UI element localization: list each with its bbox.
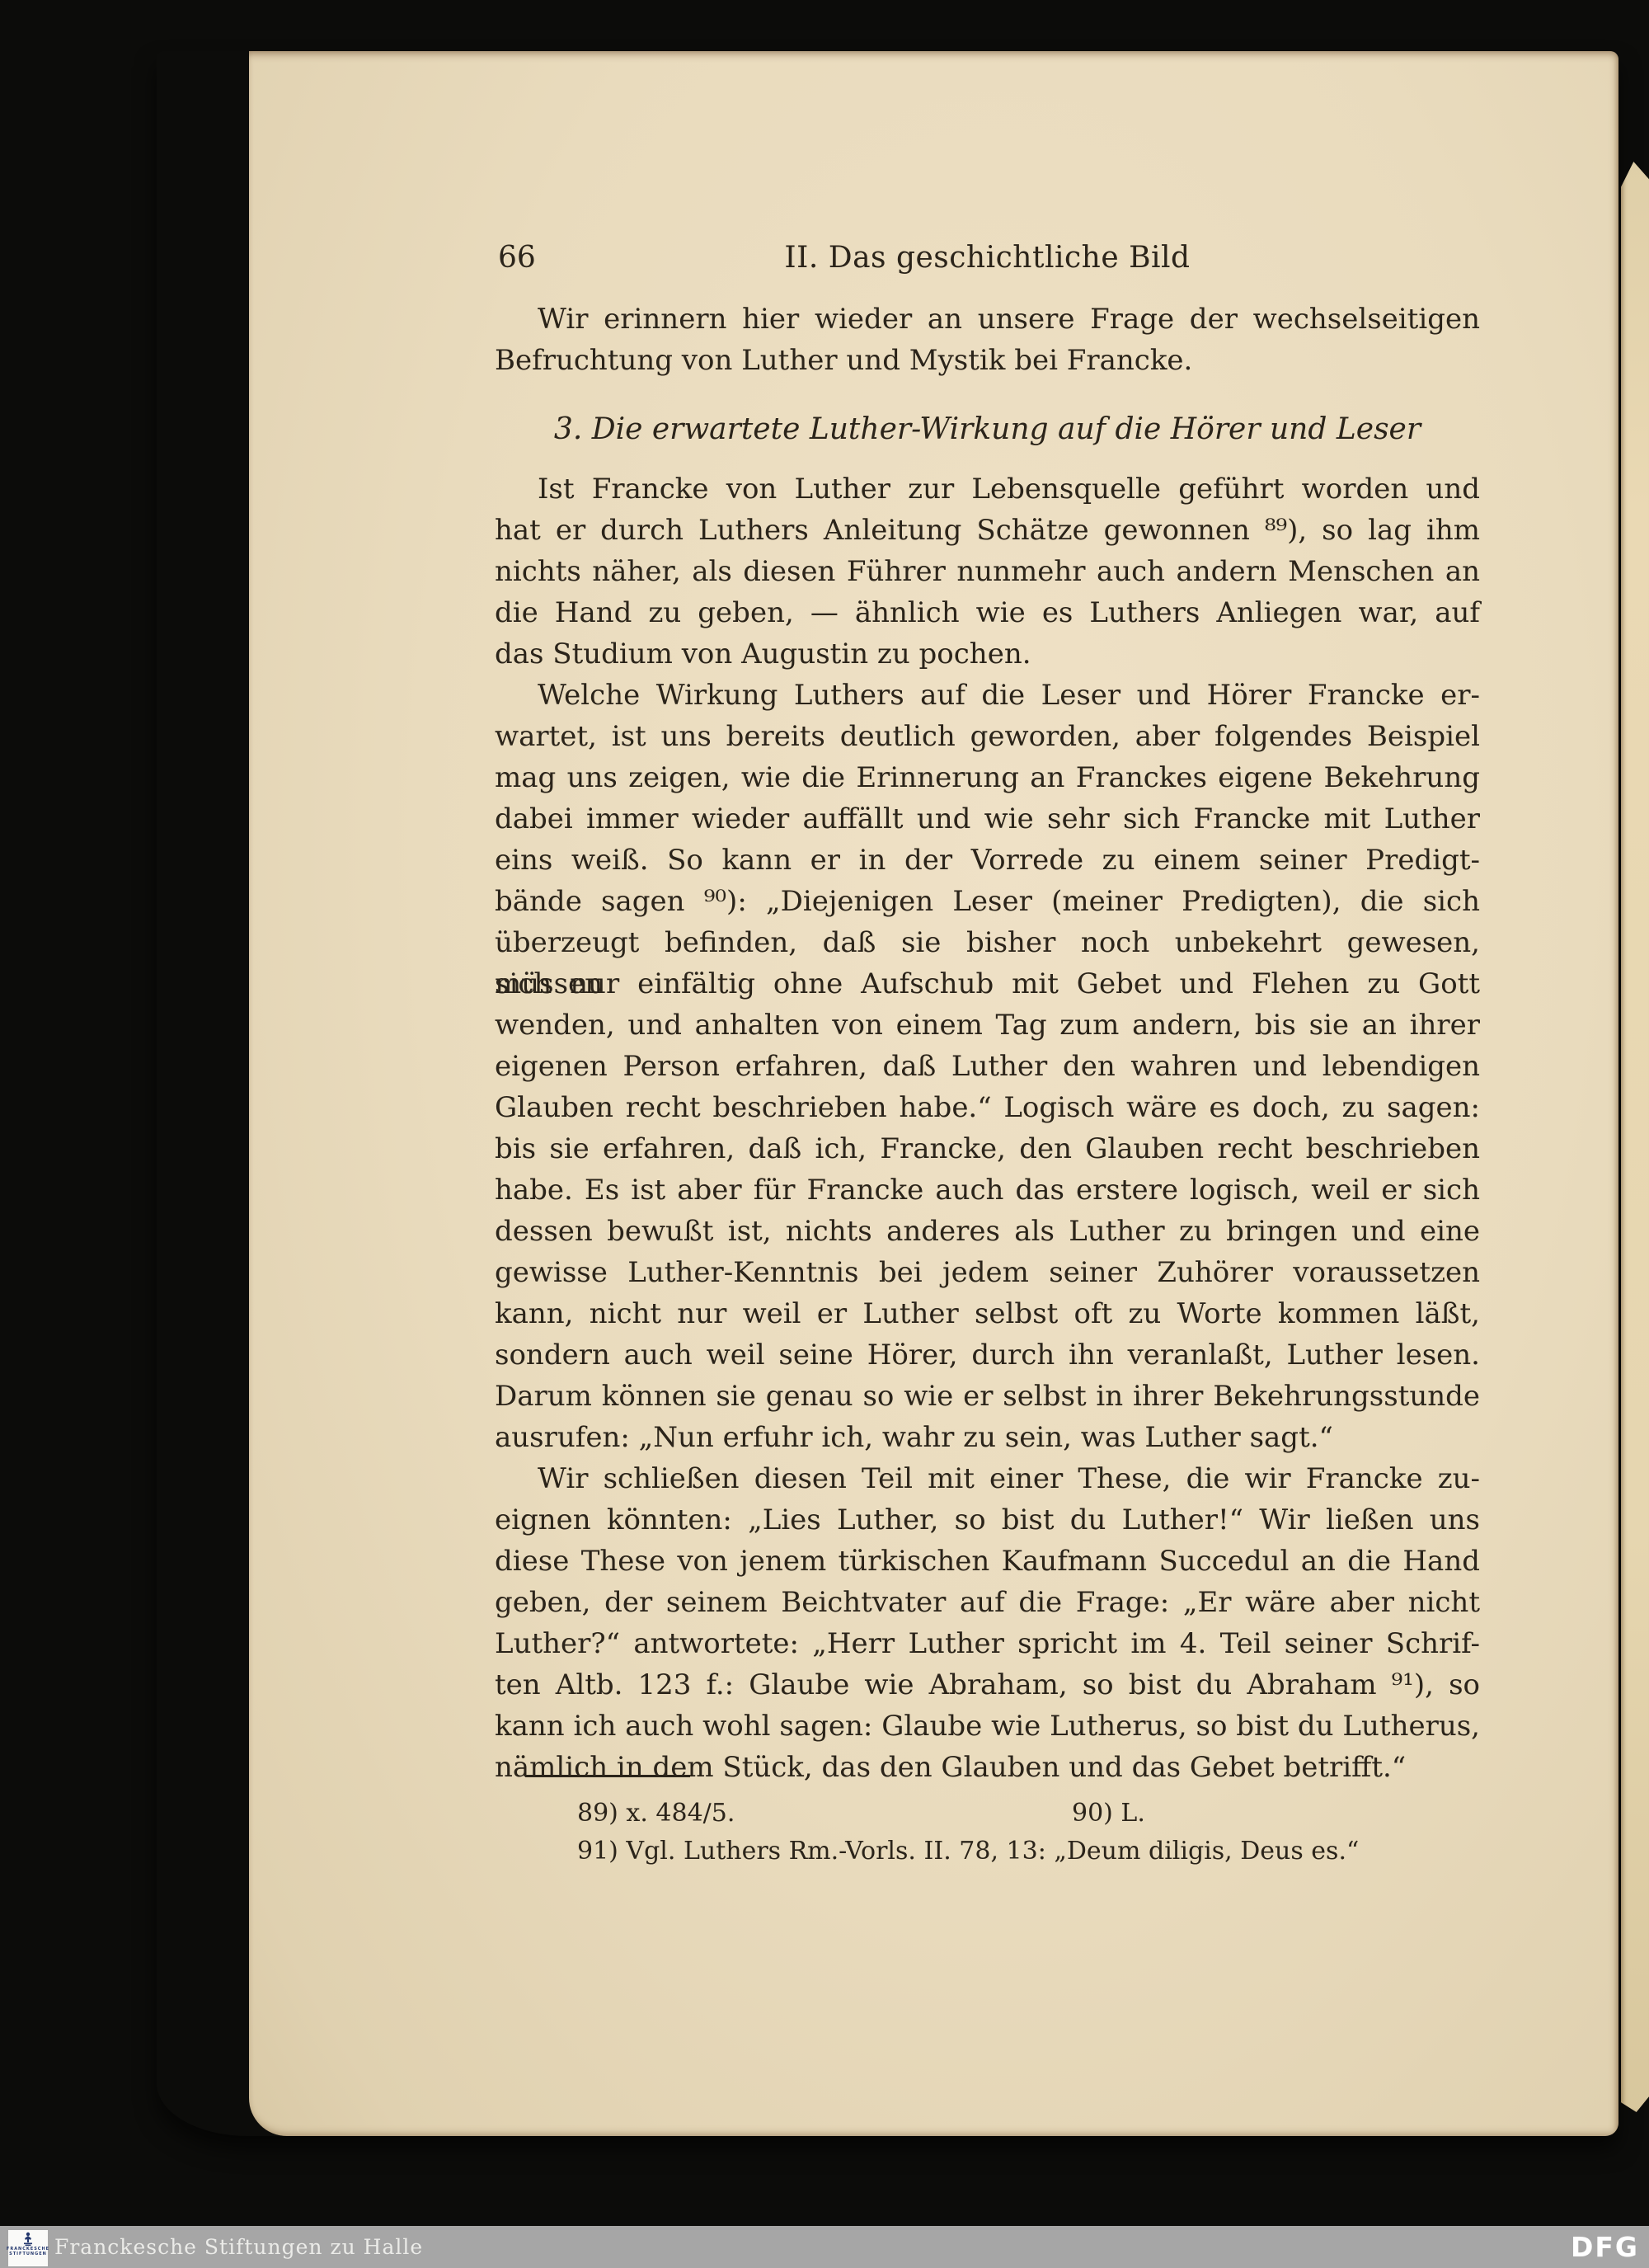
text-line: habe. Es ist aber für Francke auch das e…: [495, 1169, 1480, 1211]
paragraph: Welche Wirkung Luthers auf die Leser und…: [495, 675, 1480, 1458]
text-line: gewisse Luther-Kenntnis bei jedem seiner…: [495, 1252, 1480, 1293]
text-line: wenden, und anhalten von einem Tag zum a…: [495, 1005, 1480, 1046]
text-line: dessen bewußt ist, nichts anderes als Lu…: [495, 1211, 1480, 1252]
paragraph: Wir schließen diesen Teil mit einer Thes…: [495, 1458, 1480, 1788]
text-line: Befruchtung von Luther und Mystik bei Fr…: [495, 340, 1480, 381]
running-header: II. Das geschichtliche Bild: [495, 241, 1480, 275]
text-line: Luther?“ antwortete: „Herr Luther sprich…: [495, 1623, 1480, 1664]
paragraph: Ist Francke von Luther zur Lebensquelle …: [495, 468, 1480, 675]
text-line: kann ich auch wohl sagen: Glaube wie Lut…: [495, 1706, 1480, 1747]
page-text: 66 II. Das geschichtliche Bild Wir erinn…: [0, 0, 1649, 2268]
text-line: wartet, ist uns bereits deutlich geworde…: [495, 716, 1480, 757]
text-line: sondern auch weil seine Hörer, durch ihn…: [495, 1334, 1480, 1376]
text-line: Ist Francke von Luther zur Lebensquelle …: [495, 468, 1480, 510]
text-line: nichts näher, als diesen Führer nunmehr …: [495, 551, 1480, 592]
franckesche-logo: FRANCKESCHE STIFTUNGEN: [8, 2230, 48, 2266]
text-line: nämlich in dem Stück, das den Glauben un…: [495, 1747, 1480, 1788]
section-heading: 3. Die erwartete Luther-Wirkung auf die …: [495, 412, 1480, 446]
text-line: diese These von jenem türkischen Kaufman…: [495, 1541, 1480, 1582]
text-line: Wir schließen diesen Teil mit einer Thes…: [495, 1458, 1480, 1499]
footer-bar: FRANCKESCHE STIFTUNGEN Franckesche Stift…: [0, 2226, 1649, 2268]
footnote-91: 91) Vgl. Luthers Rm.-Vorls. II. 78, 13: …: [577, 1837, 1359, 1866]
footnote-89: 89) x. 484/5.: [577, 1799, 735, 1828]
text-line: dabei immer wieder auffällt und wie sehr…: [495, 798, 1480, 840]
text-line: geben, der seinem Beichtvater auf die Fr…: [495, 1582, 1480, 1623]
text-line: die Hand zu geben, — ähnlich wie es Luth…: [495, 592, 1480, 633]
text-line: eins weiß. So kann er in der Vorrede zu …: [495, 840, 1480, 881]
footnote-90: 90) L.: [1072, 1799, 1145, 1828]
text-line: Glauben recht beschrieben habe.“ Logisch…: [495, 1087, 1480, 1128]
text-line: Welche Wirkung Luthers auf die Leser und…: [495, 675, 1480, 716]
text-line: hat er durch Luthers Anleitung Schätze g…: [495, 510, 1480, 551]
text-line: eignen könnten: „Lies Luther, so bist du…: [495, 1499, 1480, 1541]
text-line: Wir erinnern hier wieder an unsere Frage…: [495, 299, 1480, 340]
franckesche-logo-text-line2: STIFTUNGEN: [9, 2252, 47, 2256]
franckesche-eagle-icon: [21, 2232, 35, 2247]
text-line: mag uns zeigen, wie die Erinnerung an Fr…: [495, 757, 1480, 798]
text-line: ausrufen: „Nun erfuhr ich, wahr zu sein,…: [495, 1417, 1480, 1458]
text-line: kann, nicht nur weil er Luther selbst of…: [495, 1293, 1480, 1334]
text-line: das Studium von Augustin zu pochen.: [495, 633, 1480, 675]
text-line: ten Altb. 123 f.: Glaube wie Abraham, so…: [495, 1664, 1480, 1706]
text-line: eigenen Person erfahren, daß Luther den …: [495, 1046, 1480, 1087]
paragraph: Wir erinnern hier wieder an unsere Frage…: [495, 299, 1480, 381]
text-line: überzeugt befinden, daß sie bisher noch …: [495, 922, 1480, 963]
footnote-rule: [525, 1775, 690, 1777]
text-line: Darum können sie genau so wie er selbst …: [495, 1376, 1480, 1417]
institution-name: Franckesche Stiftungen zu Halle: [54, 2226, 423, 2268]
text-line: bis sie erfahren, daß ich, Francke, den …: [495, 1128, 1480, 1169]
text-line: sich nur einfältig ohne Aufschub mit Geb…: [495, 963, 1480, 1005]
dfg-logo: DFG: [1571, 2226, 1639, 2268]
text-line: bände sagen ⁹⁰): „Diejenigen Leser (mein…: [495, 881, 1480, 922]
